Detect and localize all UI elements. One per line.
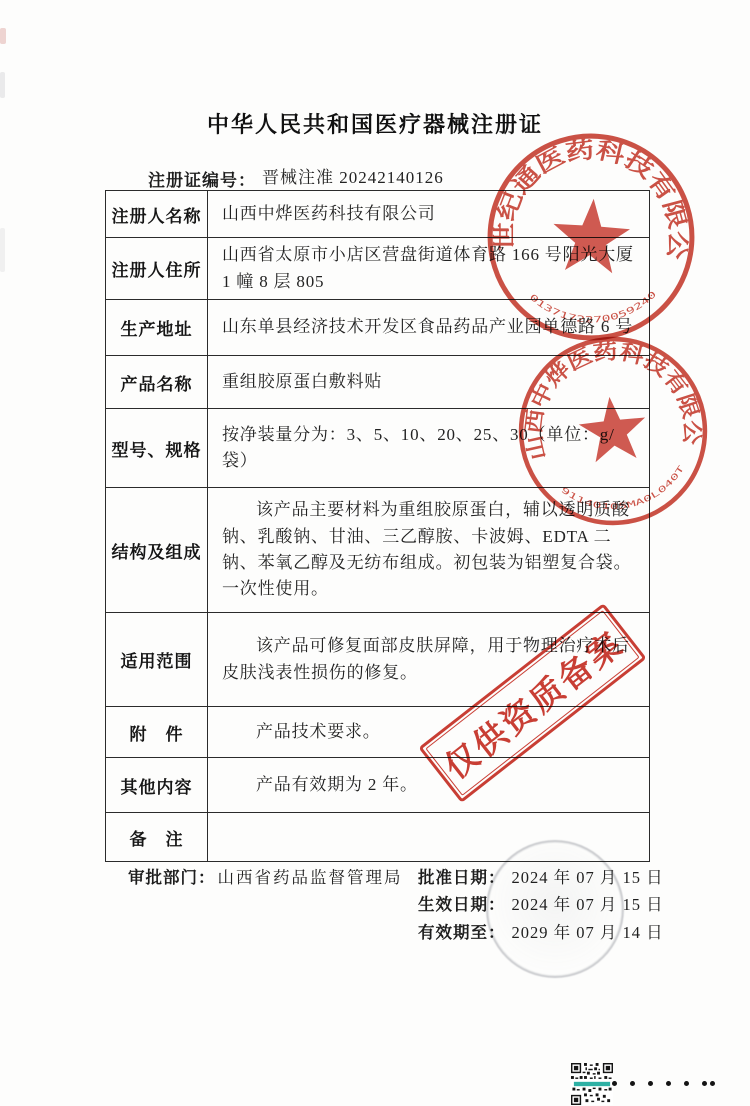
approval-department-label: 审批部门： <box>128 864 216 888</box>
row-label: 生产地址 <box>106 300 208 355</box>
qr-code <box>571 1063 613 1105</box>
row-label: 适用范围 <box>106 613 208 706</box>
company-seal-middle: 山西中烨医药科技有限公司 91140105MA0L040T4 <box>502 320 724 542</box>
row-label: 型号、规格 <box>106 409 208 487</box>
table-row: 其他内容 产品有效期为 2 年。 <box>106 758 649 813</box>
dot <box>702 1081 707 1086</box>
row-label: 产品名称 <box>106 356 208 408</box>
row-label: 其他内容 <box>106 758 208 812</box>
row-value: 产品有效期为 2 年。 <box>208 758 649 812</box>
scan-smudge <box>0 28 6 44</box>
dot <box>710 1081 715 1086</box>
scan-smudge <box>0 72 5 98</box>
row-label: 备 注 <box>106 813 208 861</box>
dot <box>630 1081 635 1086</box>
dot <box>612 1081 617 1086</box>
approval-department-value: 山西省药品监督管理局 <box>218 864 403 888</box>
registration-number-label: 注册证编号： <box>148 166 256 191</box>
scan-smudge <box>0 228 5 272</box>
dotted-leader <box>612 1081 715 1086</box>
approval-department-line: 审批部门： 山西省药品监督管理局 <box>128 864 403 888</box>
seal-star-icon <box>576 393 649 463</box>
dot <box>648 1081 653 1086</box>
row-label: 注册人住所 <box>106 238 208 299</box>
row-label: 注册人名称 <box>106 191 208 237</box>
company-seal-top: 世纪通医药科技有限公司 0137172270059240 <box>473 119 710 356</box>
dot <box>666 1081 671 1086</box>
certificate-page: 中华人民共和国医疗器械注册证 注册证编号： 晋械注准 20242140126 注… <box>0 0 750 1106</box>
faint-seal-imprint <box>486 840 624 978</box>
row-label: 附 件 <box>106 707 208 757</box>
dot <box>684 1081 689 1086</box>
seal-star-icon <box>550 196 632 274</box>
row-label: 结构及组成 <box>106 488 208 612</box>
